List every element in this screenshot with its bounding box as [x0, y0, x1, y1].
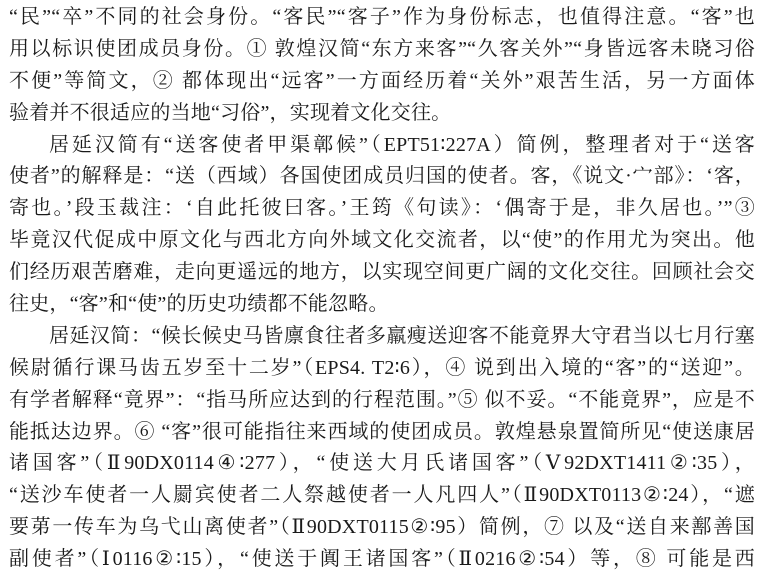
text-line: 们经历艰苦磨难，走向更遥远的地方，以实现空间更广阔的文化交往。回顾社会交	[9, 257, 755, 289]
text-line: 要苐一传车为乌弋山离使者”（Ⅱ90DXT0115②∶95）简例，⑦ 以及“送自来…	[9, 512, 755, 544]
text-line: 不便”等简文，② 都体现出“远客”一方面经历着“关外”艰苦生活，另一方面体	[9, 66, 755, 98]
text-line: 使者”的解释是：“送（西域）各国使团成员归国的使者。客，《说文·宀部》：‘客，	[9, 161, 755, 193]
text-line: 候尉循行课马齿五岁至十二岁”（EPS4. T2∶6），④ 说到出入境的“客”的“…	[9, 353, 755, 385]
text-line: “民”“卒”不同的社会身份。“客民”“客子”作为身份标志，也值得注意。“客”也	[9, 2, 755, 34]
text-line: 副使者”（Ⅰ0116②∶15），“使送于阗王诸国客”（Ⅱ0216②∶54）等，⑧…	[9, 544, 755, 576]
text-line: 能抵达边界。⑥ “客”很可能指往来西域的使团成员。敦煌悬泉置简所见“使送康居	[9, 417, 755, 449]
text-line: 往史，“客”和“使”的历史功绩都不能忽略。	[9, 289, 755, 321]
text-line: 有学者解释“竟界”：“指马所应达到的行程范围。”⑤ 似不妥。“不能竟界”，应是不	[9, 385, 755, 417]
text-line: “送沙车使者一人罽宾使者二人祭越使者一人凡四人”（Ⅱ90DXT0113②∶24）…	[9, 480, 755, 512]
text-line: 用以标识使团成员身份。① 敦煌汉简“东方来客”“久客关外”“身皆远客未晓习俗	[9, 34, 755, 66]
text-line: 寄也。’段玉裁注：‘自此托彼曰客。’王筠《句读》：‘偶寄于是，非久居也。’”③	[9, 193, 755, 225]
text-line: 验着并不很适应的当地“习俗”，实现着文化交往。	[9, 98, 755, 130]
text-line: 毕竟汉代促成中原文化与西北方向外域文化交流者，以“使”的作用尤为突出。他	[9, 225, 755, 257]
text-line: 居延汉简有“送客使者甲渠鄣候”（EPT51∶227A）简例，整理者对于“送客	[9, 130, 755, 162]
document-page: “民”“卒”不同的社会身份。“客民”“客子”作为身份标志，也值得注意。“客”也 …	[0, 0, 764, 577]
text-line: 居延汉简：“候长候史马皆廪食往者多羸瘦送迎客不能竟界大守君当以七月行塞	[9, 321, 755, 353]
text-line: 诸国客”（Ⅱ90DX0114④∶277），“使送大月氏诸国客”（Ⅴ92DXT14…	[9, 448, 755, 480]
